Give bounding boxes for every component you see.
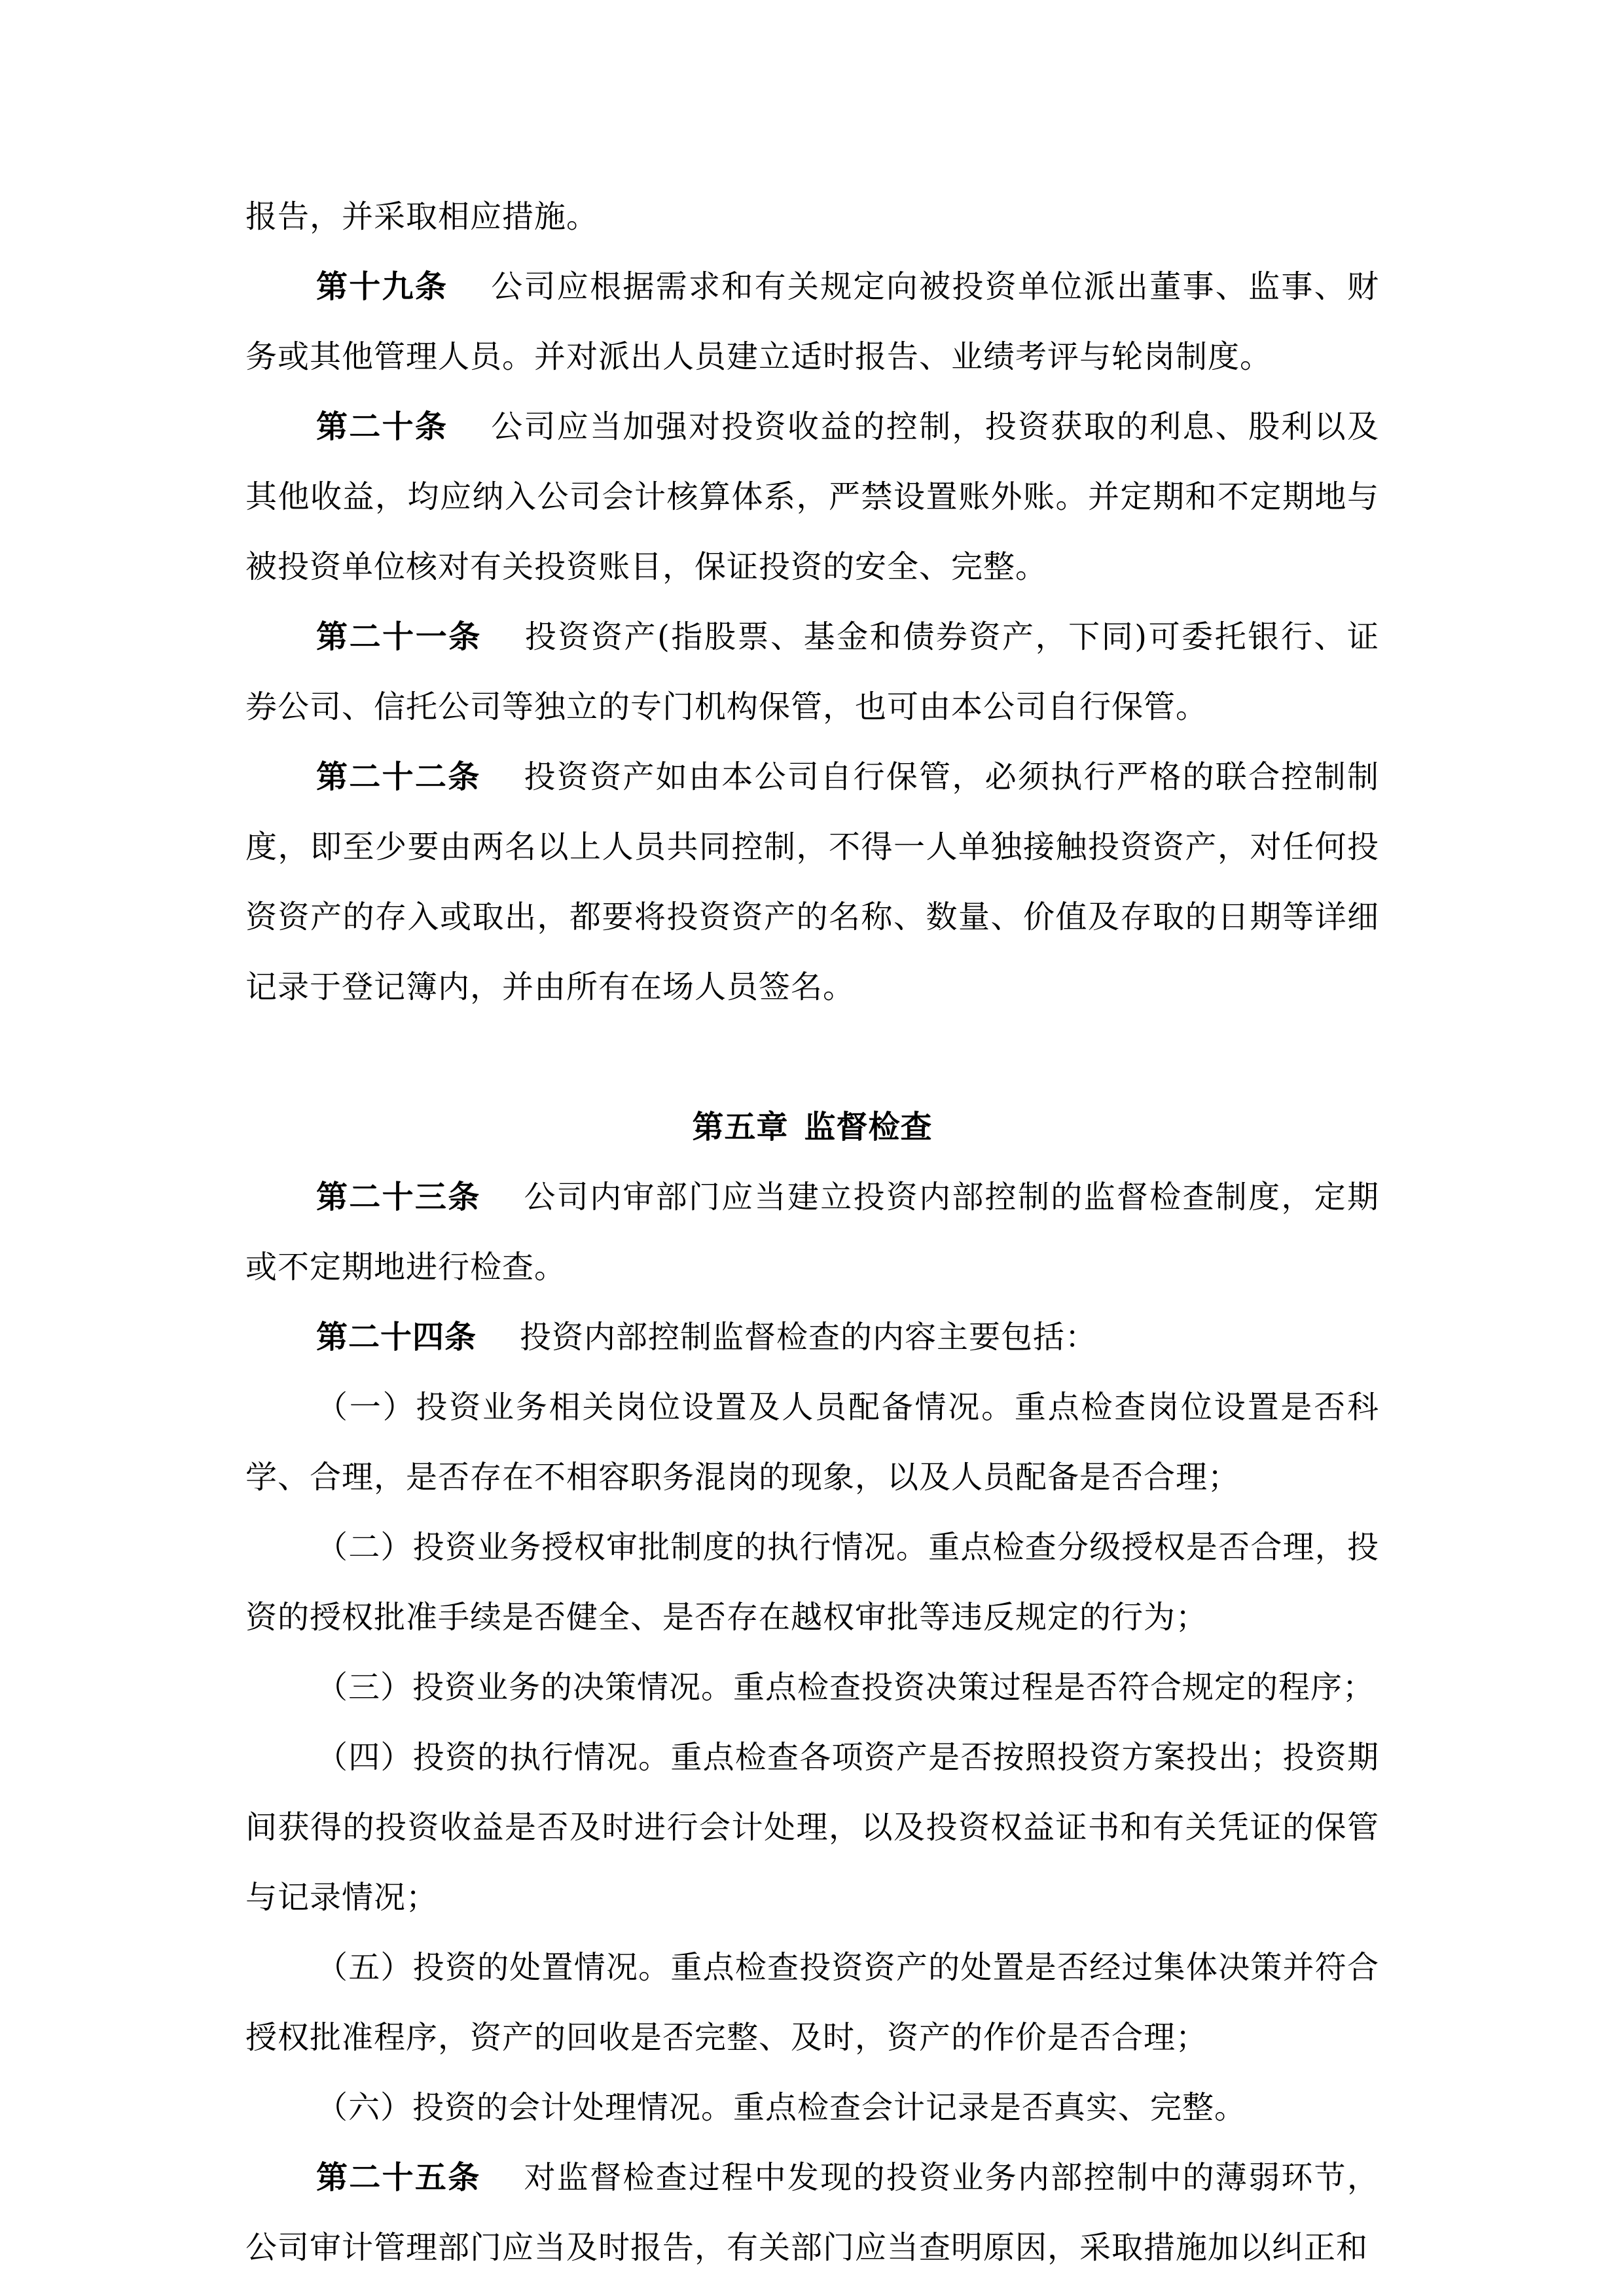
- article-number: 第二十条: [316, 408, 448, 445]
- article-number: 第二十五条: [316, 2159, 481, 2196]
- article-20: 第二十条公司应当加强对投资收益的控制，投资获取的利息、股利以及其他收益，均应纳入…: [245, 392, 1379, 602]
- article-25: 第二十五条对监督检查过程中发现的投资业务内部控制中的薄弱环节，公司审计管理部门应…: [245, 2143, 1379, 2283]
- article-number: 第二十三条: [316, 1179, 481, 1215]
- article-24: 第二十四条投资内部控制监督检查的内容主要包括：: [245, 1302, 1379, 1372]
- continued-paragraph: 报告，并采取相应措施。: [245, 182, 1379, 252]
- chapter-title: 监督检查: [804, 1109, 933, 1145]
- article-number: 第二十二条: [316, 759, 481, 795]
- article-number: 第二十一条: [316, 619, 482, 655]
- article-number: 第二十四条: [316, 1319, 477, 1355]
- list-item-1: （一）投资业务相关岗位设置及人员配备情况。重点检查岗位设置是否科学、合理，是否存…: [245, 1372, 1379, 1513]
- document-page: 报告，并采取相应措施。 第十九条公司应根据需求和有关规定向被投资单位派出董事、监…: [245, 182, 1379, 2283]
- chapter-number: 第五章: [692, 1109, 788, 1145]
- article-22: 第二十二条投资资产如由本公司自行保管，必须执行严格的联合控制制度，即至少要由两名…: [245, 742, 1379, 1022]
- list-item-6: （六）投资的会计处理情况。重点检查会计记录是否真实、完整。: [245, 2073, 1379, 2143]
- article-19: 第十九条公司应根据需求和有关规定向被投资单位派出董事、监事、财务或其他管理人员。…: [245, 252, 1379, 392]
- list-item-3: （三）投资业务的决策情况。重点检查投资决策过程是否符合规定的程序；: [245, 1653, 1379, 1723]
- article-number: 第十九条: [316, 268, 448, 305]
- list-item-5: （五）投资的处置情况。重点检查投资资产的处置是否经过集体决策并符合授权批准程序，…: [245, 1933, 1379, 2073]
- list-item-4: （四）投资的执行情况。重点检查各项资产是否按照投资方案投出；投资期间获得的投资收…: [245, 1723, 1379, 1933]
- article-text: 投资资产如由本公司自行保管，必须执行严格的联合控制制度，即至少要由两名以上人员共…: [245, 759, 1379, 1005]
- article-21: 第二十一条投资资产(指股票、基金和债券资产，下同)可委托银行、证券公司、信托公司…: [245, 602, 1379, 742]
- list-item-2: （二）投资业务授权审批制度的执行情况。重点检查分级授权是否合理，投资的授权批准手…: [245, 1513, 1379, 1653]
- chapter-heading: 第五章监督检查: [245, 1092, 1379, 1162]
- article-23: 第二十三条公司内审部门应当建立投资内部控制的监督检查制度，定期或不定期地进行检查…: [245, 1162, 1379, 1302]
- article-text: 投资内部控制监督检查的内容主要包括：: [520, 1319, 1097, 1355]
